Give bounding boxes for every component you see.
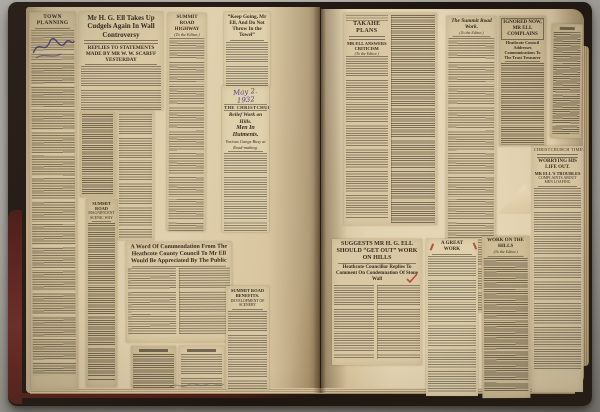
rule [538,186,577,187]
rule [84,40,158,44]
headline: SUGGESTS MR H. G. ELL SHOULD “GET OUT” W… [334,241,420,262]
clipping-text-column [80,112,115,197]
clipping-edge-strip [550,24,583,138]
newsprint-text [31,63,76,375]
newsprint-text [377,285,420,359]
clipping-summit-road-scenic: SUMMIT ROAD MAGNIFICENT SCENIC WAY [86,199,117,387]
clipping-summit-road-highway: SUMMIT ROAD HIGHWAY (To the Editor.) [166,13,206,231]
page-fore-edges-right [583,46,589,366]
clipping-work-on-hills: WORK ON THE HILLS (To the Editor.) [482,236,531,398]
rule [230,40,264,41]
handwriting-scrawl [31,34,75,60]
newsprint-text [334,285,374,359]
newsprint-text [224,153,267,232]
newsprint-text [484,257,529,391]
book-gutter-shadow [313,7,326,393]
subhead: Heathcote Council Addresses Communicatio… [501,41,544,61]
takahe-first-column: TAKAHE PLANS MR ELL ANSWERS CRITICISM (T… [346,15,388,223]
headline-fragment [139,349,168,352]
subhead: MR ELL'S TROUBLES [534,171,581,176]
headline: TOWN PLANNING [31,14,74,27]
dateline: (To the Editor.) [169,33,204,38]
headline-row: A GREAT WORK [428,241,476,253]
headline-box: IGNORED NOW, MR ELL COMPLAINS [501,18,544,40]
book-spine-red-edge [8,210,22,404]
newsprint-text [179,268,230,334]
clipping-summit-road-benefits: SUMMIT ROAD BENEFITS. DEVELOPMENT OF SCE… [226,286,269,390]
headline-fragment [560,27,575,30]
newsprint-text [346,56,388,218]
headline: “Keep Going, Mr Ell, And Do Not Throw In… [226,14,268,39]
headline: SUMMIT ROAD HIGHWAY [169,15,204,33]
headline: Mr H. G. Ell Takes Up Cudgels Again In W… [81,14,161,39]
handwritten-date: May 2. 1932 [223,86,267,106]
newsprint-text [168,38,204,232]
subhead: DEVELOPMENT OF SCENERY [228,299,267,308]
newsprint-text [534,188,581,372]
headline: IGNORED NOW, MR ELL COMPLAINS [503,20,542,38]
headline-fragment [187,349,216,352]
newsprint-text [552,32,580,134]
newsprint-text [501,63,544,145]
newsprint-text [226,42,268,86]
rule [35,28,70,29]
red-pen-mark-icon [427,243,434,251]
red-pen-mark-icon [470,243,477,251]
newsprint-text [428,256,476,392]
newsprint-text [128,268,176,334]
subhead: MAGNIFICENT SCENIC WAY [88,211,115,220]
headline: Relief Work on Hills. [224,112,267,125]
headline: SUMMIT ROAD [88,201,115,211]
headline: The Summit Road Work. [448,18,494,31]
rule [85,64,157,65]
clipping-worrying: CHRISTCHURCH TIMES. WORRYING HIS LIFE OU… [532,146,583,392]
masthead: CHRISTCHURCH TIMES. [534,148,581,153]
subhead2: Various Gangs Busy at Road-making. [224,139,267,149]
rule [505,61,540,62]
clipping-relief-work: May 2. 1932 THE CHRISTCHURCH Relief Work… [222,86,269,232]
clipping-commendation: A Word Of Commendation From The Heathcot… [126,242,233,343]
clipping-town-planning: TOWN PLANNING [29,12,78,390]
clipping-get-out: SUGGESTS MR H. G. ELL SHOULD “GET OUT” W… [332,239,422,365]
pencil-handwriting [168,380,226,390]
subhead2: COMPLAINTS ABOUT MEN LOAFING [534,176,581,185]
newsprint-text [81,66,161,110]
rule [228,151,263,152]
rule [432,254,472,255]
headline: A Word Of Commendation From The Heathcot… [128,244,230,266]
rule [232,309,263,310]
rule [452,36,490,37]
rule [349,36,385,40]
clipping-great-work: A GREAT WORK [426,239,478,396]
headline: A GREAT WORK [436,241,468,253]
headline: TAKAHE PLANS [346,21,388,35]
dateline: (To the Editor.) [448,31,494,36]
clipping-keep-going: “Keep Going, Mr Ell, And Do Not Throw In… [224,12,270,87]
subhead: MR ELL ANSWERS CRITICISM [346,41,388,51]
clipping-wall-controversy: Mr H. G. Ell Takes Up Cudgels Again In W… [79,12,163,110]
rule [537,154,578,158]
rule [338,263,416,264]
clipping-text-column [117,112,154,240]
scrapbook-photo: TOWN PLANNING Mr H. G. Ell Takes Up Cudg… [0,0,600,412]
clipping-takahe-plans: TAKAHE PLANS MR ELL ANSWERS CRITICISM (T… [344,13,437,225]
newsprint-text [119,114,152,238]
kicker-line [346,15,388,21]
subhead: REPLIES TO STATEMENTS MADE BY MR W. W. S… [81,45,161,63]
newsprint-text [82,114,113,195]
rule [92,221,111,222]
subhead: Men In Hutments. [224,125,267,139]
dateline: (To the Editor.) [484,250,528,255]
rule [488,255,524,256]
clipping-ignored-now: IGNORED NOW, MR ELL COMPLAINS Heathcote … [499,16,546,146]
newsprint-text [391,15,436,223]
headline: SUMMIT ROAD BENEFITS. [228,288,267,299]
red-pen-tick [406,273,418,283]
newsprint-text [88,223,115,381]
newsprint-text [228,311,267,389]
headline: WORRYING HIS LIFE OUT. [534,159,581,171]
